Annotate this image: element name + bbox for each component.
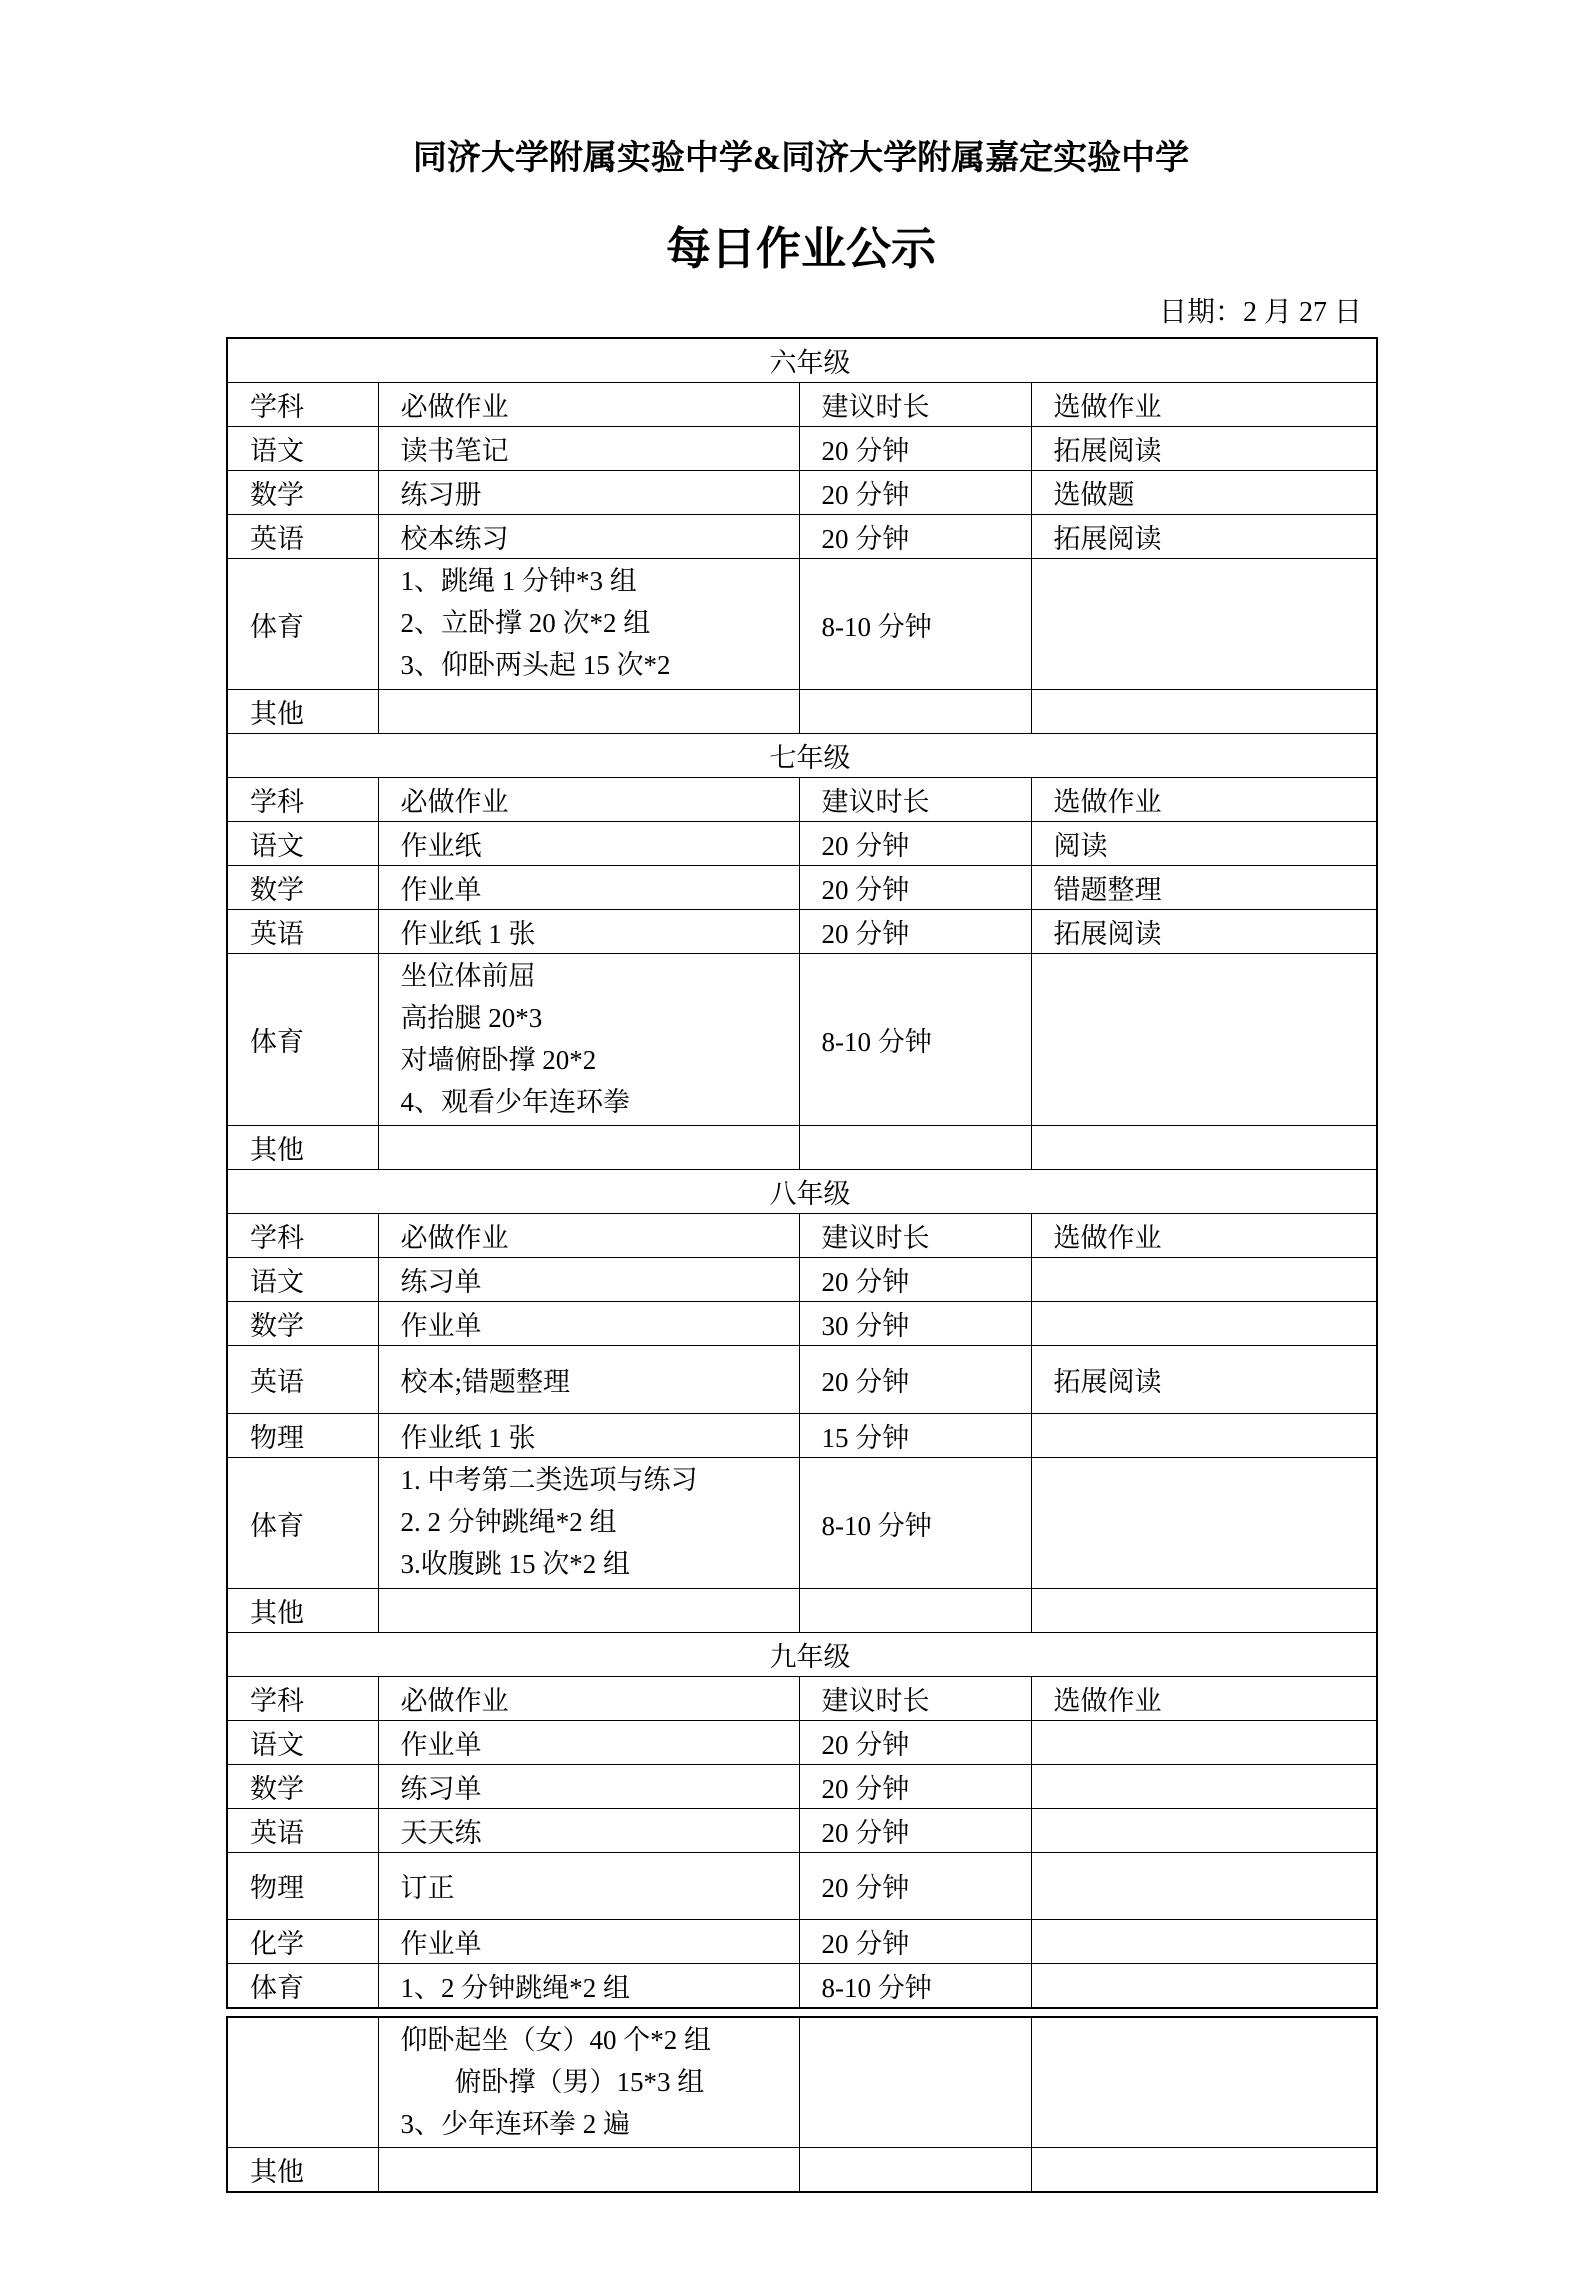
column-header-required: 必做作业 bbox=[378, 383, 799, 427]
time-cell: 20 分钟 bbox=[799, 1258, 1031, 1302]
grade6-row-english: 英语 校本练习 20 分钟 拓展阅读 bbox=[227, 515, 1377, 559]
subject-cell: 其他 bbox=[227, 2148, 378, 2193]
column-header-time: 建议时长 bbox=[799, 1214, 1031, 1258]
optional-cell: 错题整理 bbox=[1031, 865, 1377, 909]
grade6-section-row: 六年级 bbox=[227, 338, 1377, 383]
time-cell: 20 分钟 bbox=[799, 1346, 1031, 1414]
optional-cell bbox=[1031, 1126, 1377, 1170]
optional-cell bbox=[1031, 1588, 1377, 1632]
document-page: 同济大学附属实验中学&同济大学附属嘉定实验中学 每日作业公示 日期：2 月 27… bbox=[0, 0, 1586, 2291]
grade8-column-header-row: 学科 必做作业 建议时长 选做作业 bbox=[227, 1214, 1377, 1258]
optional-cell: 拓展阅读 bbox=[1031, 1346, 1377, 1414]
column-header-subject: 学科 bbox=[227, 777, 378, 821]
required-cell: 作业纸 bbox=[378, 821, 799, 865]
required-cell: 作业纸 1 张 bbox=[378, 909, 799, 953]
time-cell: 20 分钟 bbox=[799, 1764, 1031, 1808]
optional-cell bbox=[1031, 1302, 1377, 1346]
required-cell: 读书笔记 bbox=[378, 427, 799, 471]
subject-cell: 体育 bbox=[227, 1458, 378, 1589]
time-cell bbox=[799, 2148, 1031, 2193]
time-cell: 20 分钟 bbox=[799, 1852, 1031, 1919]
optional-cell bbox=[1031, 559, 1377, 690]
grade7-row-other: 其他 bbox=[227, 1126, 1377, 1170]
required-cell: 天天练 bbox=[378, 1808, 799, 1852]
subject-cell: 数学 bbox=[227, 1764, 378, 1808]
time-cell bbox=[799, 1588, 1031, 1632]
optional-cell bbox=[1031, 2148, 1377, 2193]
optional-cell bbox=[1031, 1852, 1377, 1919]
column-header-time: 建议时长 bbox=[799, 777, 1031, 821]
subject-cell: 英语 bbox=[227, 515, 378, 559]
required-cell: 作业单 bbox=[378, 1720, 799, 1764]
grade6-column-header-row: 学科 必做作业 建议时长 选做作业 bbox=[227, 383, 1377, 427]
grade7-row-english: 英语 作业纸 1 张 20 分钟 拓展阅读 bbox=[227, 909, 1377, 953]
time-cell bbox=[799, 2017, 1031, 2148]
subject-cell: 其他 bbox=[227, 689, 378, 733]
grade9-row-other: 其他 bbox=[227, 2148, 1377, 2193]
grade9-row-chemistry: 化学 作业单 20 分钟 bbox=[227, 1919, 1377, 1963]
time-cell: 20 分钟 bbox=[799, 1720, 1031, 1764]
optional-cell bbox=[1031, 689, 1377, 733]
time-cell bbox=[799, 689, 1031, 733]
subject-cell: 语文 bbox=[227, 821, 378, 865]
grade9-column-header-row: 学科 必做作业 建议时长 选做作业 bbox=[227, 1676, 1377, 1720]
subject-cell bbox=[227, 2017, 378, 2148]
grade8-row-english: 英语 校本;错题整理 20 分钟 拓展阅读 bbox=[227, 1346, 1377, 1414]
grade8-row-math: 数学 作业单 30 分钟 bbox=[227, 1302, 1377, 1346]
grade8-row-chinese: 语文 练习单 20 分钟 bbox=[227, 1258, 1377, 1302]
column-header-optional: 选做作业 bbox=[1031, 1214, 1377, 1258]
optional-cell bbox=[1031, 1963, 1377, 2008]
required-cell bbox=[378, 2148, 799, 2193]
subject-cell: 语文 bbox=[227, 1258, 378, 1302]
required-cell bbox=[378, 1126, 799, 1170]
time-cell: 20 分钟 bbox=[799, 865, 1031, 909]
required-cell: 坐位体前屈 高抬腿 20*3 对墙俯卧撑 20*2 4、观看少年连环拳 bbox=[378, 953, 799, 1125]
grade9-row-pe: 体育 1、2 分钟跳绳*2 组 8-10 分钟 bbox=[227, 1963, 1377, 2008]
required-cell: 订正 bbox=[378, 1852, 799, 1919]
optional-cell bbox=[1031, 1764, 1377, 1808]
grade7-row-pe: 体育 坐位体前屈 高抬腿 20*3 对墙俯卧撑 20*2 4、观看少年连环拳 8… bbox=[227, 953, 1377, 1125]
grade9-header-cell: 九年级 bbox=[227, 1632, 1377, 1676]
optional-cell bbox=[1031, 2017, 1377, 2148]
time-cell: 15 分钟 bbox=[799, 1414, 1031, 1458]
homework-table: 六年级 学科 必做作业 建议时长 选做作业 语文 读书笔记 20 分钟 拓展阅读… bbox=[226, 337, 1378, 2008]
optional-cell bbox=[1031, 1414, 1377, 1458]
grade8-row-pe: 体育 1. 中考第二类选项与练习 2. 2 分钟跳绳*2 组 3.收腹跳 15 … bbox=[227, 1458, 1377, 1589]
time-cell: 20 分钟 bbox=[799, 1919, 1031, 1963]
subject-cell: 体育 bbox=[227, 953, 378, 1125]
grade6-row-other: 其他 bbox=[227, 689, 1377, 733]
required-cell: 1、2 分钟跳绳*2 组 bbox=[378, 1963, 799, 2008]
time-cell: 20 分钟 bbox=[799, 515, 1031, 559]
column-header-required: 必做作业 bbox=[378, 777, 799, 821]
grade7-row-math: 数学 作业单 20 分钟 错题整理 bbox=[227, 865, 1377, 909]
required-cell: 练习单 bbox=[378, 1764, 799, 1808]
subject-cell: 语文 bbox=[227, 427, 378, 471]
time-cell: 20 分钟 bbox=[799, 427, 1031, 471]
optional-cell bbox=[1031, 1919, 1377, 1963]
school-name-heading: 同济大学附属实验中学&同济大学附属嘉定实验中学 bbox=[226, 140, 1376, 177]
subject-cell: 英语 bbox=[227, 1346, 378, 1414]
required-cell: 1. 中考第二类选项与练习 2. 2 分钟跳绳*2 组 3.收腹跳 15 次*2… bbox=[378, 1458, 799, 1589]
required-cell bbox=[378, 689, 799, 733]
grade7-header-cell: 七年级 bbox=[227, 733, 1377, 777]
grade6-row-pe: 体育 1、跳绳 1 分钟*3 组 2、立卧撑 20 次*2 组 3、仰卧两头起 … bbox=[227, 559, 1377, 690]
grade9-pe-continuation-row: 仰卧起坐（女）40 个*2 组 俯卧撑（男）15*3 组 3、少年连环拳 2 遍 bbox=[227, 2017, 1377, 2148]
grade7-section-row: 七年级 bbox=[227, 733, 1377, 777]
required-cell bbox=[378, 1588, 799, 1632]
grade8-row-other: 其他 bbox=[227, 1588, 1377, 1632]
time-cell: 20 分钟 bbox=[799, 821, 1031, 865]
optional-cell bbox=[1031, 1720, 1377, 1764]
required-cell: 仰卧起坐（女）40 个*2 组 俯卧撑（男）15*3 组 3、少年连环拳 2 遍 bbox=[378, 2017, 799, 2148]
subject-cell: 物理 bbox=[227, 1414, 378, 1458]
time-cell bbox=[799, 1126, 1031, 1170]
homework-table-continuation: 仰卧起坐（女）40 个*2 组 俯卧撑（男）15*3 组 3、少年连环拳 2 遍… bbox=[226, 2016, 1378, 2194]
time-cell: 8-10 分钟 bbox=[799, 953, 1031, 1125]
subject-cell: 体育 bbox=[227, 1963, 378, 2008]
required-cell: 校本练习 bbox=[378, 515, 799, 559]
column-header-time: 建议时长 bbox=[799, 1676, 1031, 1720]
column-header-required: 必做作业 bbox=[378, 1676, 799, 1720]
column-header-optional: 选做作业 bbox=[1031, 383, 1377, 427]
optional-cell: 拓展阅读 bbox=[1031, 909, 1377, 953]
grade9-row-chinese: 语文 作业单 20 分钟 bbox=[227, 1720, 1377, 1764]
grade6-header-cell: 六年级 bbox=[227, 338, 1377, 383]
grade7-column-header-row: 学科 必做作业 建议时长 选做作业 bbox=[227, 777, 1377, 821]
time-cell: 20 分钟 bbox=[799, 1808, 1031, 1852]
required-cell: 作业纸 1 张 bbox=[378, 1414, 799, 1458]
date-label: 日期：2 月 27 日 bbox=[226, 298, 1376, 329]
optional-cell: 拓展阅读 bbox=[1031, 427, 1377, 471]
grade9-row-math: 数学 练习单 20 分钟 bbox=[227, 1764, 1377, 1808]
column-header-required: 必做作业 bbox=[378, 1214, 799, 1258]
subject-cell: 数学 bbox=[227, 865, 378, 909]
grade8-header-cell: 八年级 bbox=[227, 1170, 1377, 1214]
grade6-row-math: 数学 练习册 20 分钟 选做题 bbox=[227, 471, 1377, 515]
grade9-row-physics: 物理 订正 20 分钟 bbox=[227, 1852, 1377, 1919]
page-title: 每日作业公示 bbox=[226, 221, 1376, 277]
time-cell: 20 分钟 bbox=[799, 471, 1031, 515]
subject-cell: 数学 bbox=[227, 471, 378, 515]
optional-cell bbox=[1031, 1258, 1377, 1302]
required-cell: 练习单 bbox=[378, 1258, 799, 1302]
required-cell: 作业单 bbox=[378, 1302, 799, 1346]
time-cell: 8-10 分钟 bbox=[799, 1458, 1031, 1589]
subject-cell: 其他 bbox=[227, 1126, 378, 1170]
column-header-optional: 选做作业 bbox=[1031, 777, 1377, 821]
column-header-subject: 学科 bbox=[227, 1214, 378, 1258]
optional-cell: 拓展阅读 bbox=[1031, 515, 1377, 559]
time-cell: 8-10 分钟 bbox=[799, 559, 1031, 690]
required-cell: 1、跳绳 1 分钟*3 组 2、立卧撑 20 次*2 组 3、仰卧两头起 15 … bbox=[378, 559, 799, 690]
time-cell: 30 分钟 bbox=[799, 1302, 1031, 1346]
grade9-row-english: 英语 天天练 20 分钟 bbox=[227, 1808, 1377, 1852]
subject-cell: 体育 bbox=[227, 559, 378, 690]
grade9-section-row: 九年级 bbox=[227, 1632, 1377, 1676]
column-header-subject: 学科 bbox=[227, 383, 378, 427]
column-header-optional: 选做作业 bbox=[1031, 1676, 1377, 1720]
required-cell: 作业单 bbox=[378, 1919, 799, 1963]
grade6-row-chinese: 语文 读书笔记 20 分钟 拓展阅读 bbox=[227, 427, 1377, 471]
required-cell: 作业单 bbox=[378, 865, 799, 909]
document-body: 同济大学附属实验中学&同济大学附属嘉定实验中学 每日作业公示 日期：2 月 27… bbox=[226, 0, 1376, 2193]
column-header-time: 建议时长 bbox=[799, 383, 1031, 427]
column-header-subject: 学科 bbox=[227, 1676, 378, 1720]
subject-cell: 物理 bbox=[227, 1852, 378, 1919]
grade8-section-row: 八年级 bbox=[227, 1170, 1377, 1214]
subject-cell: 化学 bbox=[227, 1919, 378, 1963]
subject-cell: 其他 bbox=[227, 1588, 378, 1632]
optional-cell bbox=[1031, 953, 1377, 1125]
subject-cell: 英语 bbox=[227, 909, 378, 953]
optional-cell: 阅读 bbox=[1031, 821, 1377, 865]
optional-cell: 选做题 bbox=[1031, 471, 1377, 515]
subject-cell: 语文 bbox=[227, 1720, 378, 1764]
required-cell: 练习册 bbox=[378, 471, 799, 515]
subject-cell: 数学 bbox=[227, 1302, 378, 1346]
grade7-row-chinese: 语文 作业纸 20 分钟 阅读 bbox=[227, 821, 1377, 865]
subject-cell: 英语 bbox=[227, 1808, 378, 1852]
optional-cell bbox=[1031, 1458, 1377, 1589]
time-cell: 8-10 分钟 bbox=[799, 1963, 1031, 2008]
optional-cell bbox=[1031, 1808, 1377, 1852]
time-cell: 20 分钟 bbox=[799, 909, 1031, 953]
grade8-row-physics: 物理 作业纸 1 张 15 分钟 bbox=[227, 1414, 1377, 1458]
required-cell: 校本;错题整理 bbox=[378, 1346, 799, 1414]
